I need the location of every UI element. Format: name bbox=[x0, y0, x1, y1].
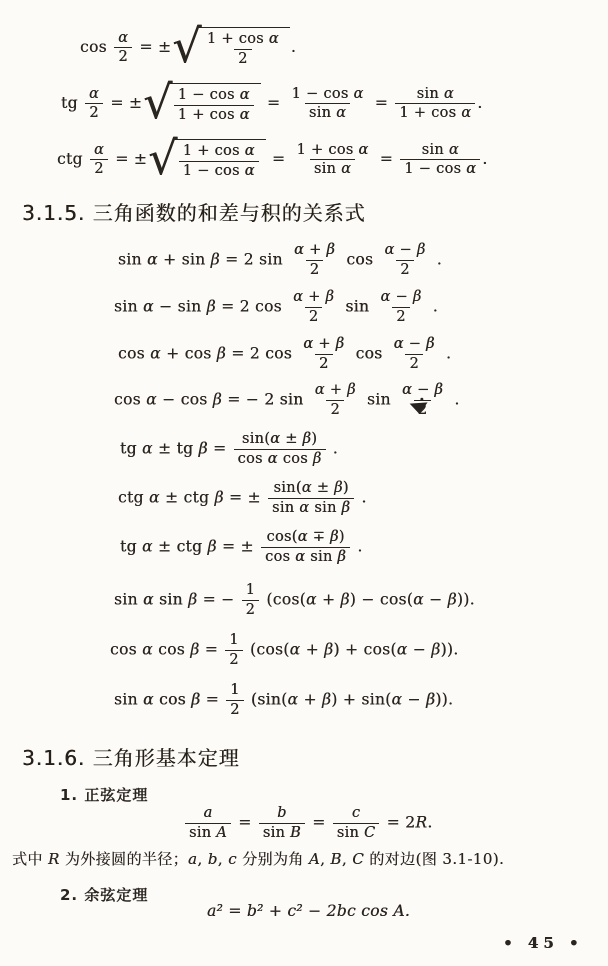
scanned-page: cos α2 = ±√1 + cos α2. tg α2 = ±√1 − cos… bbox=[0, 0, 608, 966]
formula-tg-pm-ctg: tg α ± ctg β = ± cos(α ∓ β)cos α sin β . bbox=[120, 528, 363, 567]
formula-sin-plus-sin: sin α + sin β = 2 sin α + β2 cos α − β2 … bbox=[118, 241, 442, 280]
formula-law-of-cosines: a² = b² + c² − 2bc cos A. bbox=[207, 902, 410, 921]
formula-sin-minus-sin: sin α − sin β = 2 cos α + β2 sin α − β2 … bbox=[114, 288, 438, 327]
triangle-note-paragraph: 式中 R 为外接圆的半径；a, b, c 分别为角 A, B, C 的对边(图 … bbox=[12, 850, 504, 868]
formula-sin-sin-product: sin α sin β = − 12 (cos(α + β) − cos(α −… bbox=[114, 581, 475, 620]
formula-cos-cos-product: cos α cos β = 12 (cos(α + β) + cos(α − β… bbox=[110, 631, 458, 670]
formula-law-of-sines: asin A = bsin B = csin C = 2R. bbox=[183, 804, 433, 843]
page-number: • 45 • bbox=[503, 934, 584, 952]
ink-blot-artifact bbox=[410, 402, 429, 414]
subheading-sine-theorem: 1. 正弦定理 bbox=[60, 784, 148, 805]
formula-sin-cos-product: sin α cos β = 12 (sin(α + β) + sin(α − β… bbox=[114, 681, 453, 720]
section-heading-3-1-5: 3.1.5. 三角函数的和差与积的关系式 bbox=[22, 197, 366, 226]
formula-tg-half-angle: tg α2 = ±√1 − cos α1 + cos α = 1 − cos α… bbox=[61, 82, 483, 126]
formula-ctg-pm-ctg: ctg α ± ctg β = ± sin(α ± β)sin α sin β … bbox=[118, 479, 367, 518]
formula-tg-pm-tg: tg α ± tg β = sin(α ± β)cos α cos β . bbox=[120, 430, 338, 469]
formula-cos-minus-cos: cos α − cos β = − 2 sin α + β2 sin α − β… bbox=[114, 381, 460, 420]
formula-ctg-half-angle: ctg α2 = ±√1 + cos α1 − cos α = 1 + cos … bbox=[57, 138, 488, 182]
formula-cos-plus-cos: cos α + cos β = 2 cos α + β2 cos α − β2 … bbox=[118, 335, 451, 374]
subheading-cosine-theorem: 2. 余弦定理 bbox=[60, 884, 148, 905]
section-heading-3-1-6: 3.1.6. 三角形基本定理 bbox=[22, 742, 240, 771]
formula-cos-half-angle: cos α2 = ±√1 + cos α2. bbox=[80, 26, 296, 70]
